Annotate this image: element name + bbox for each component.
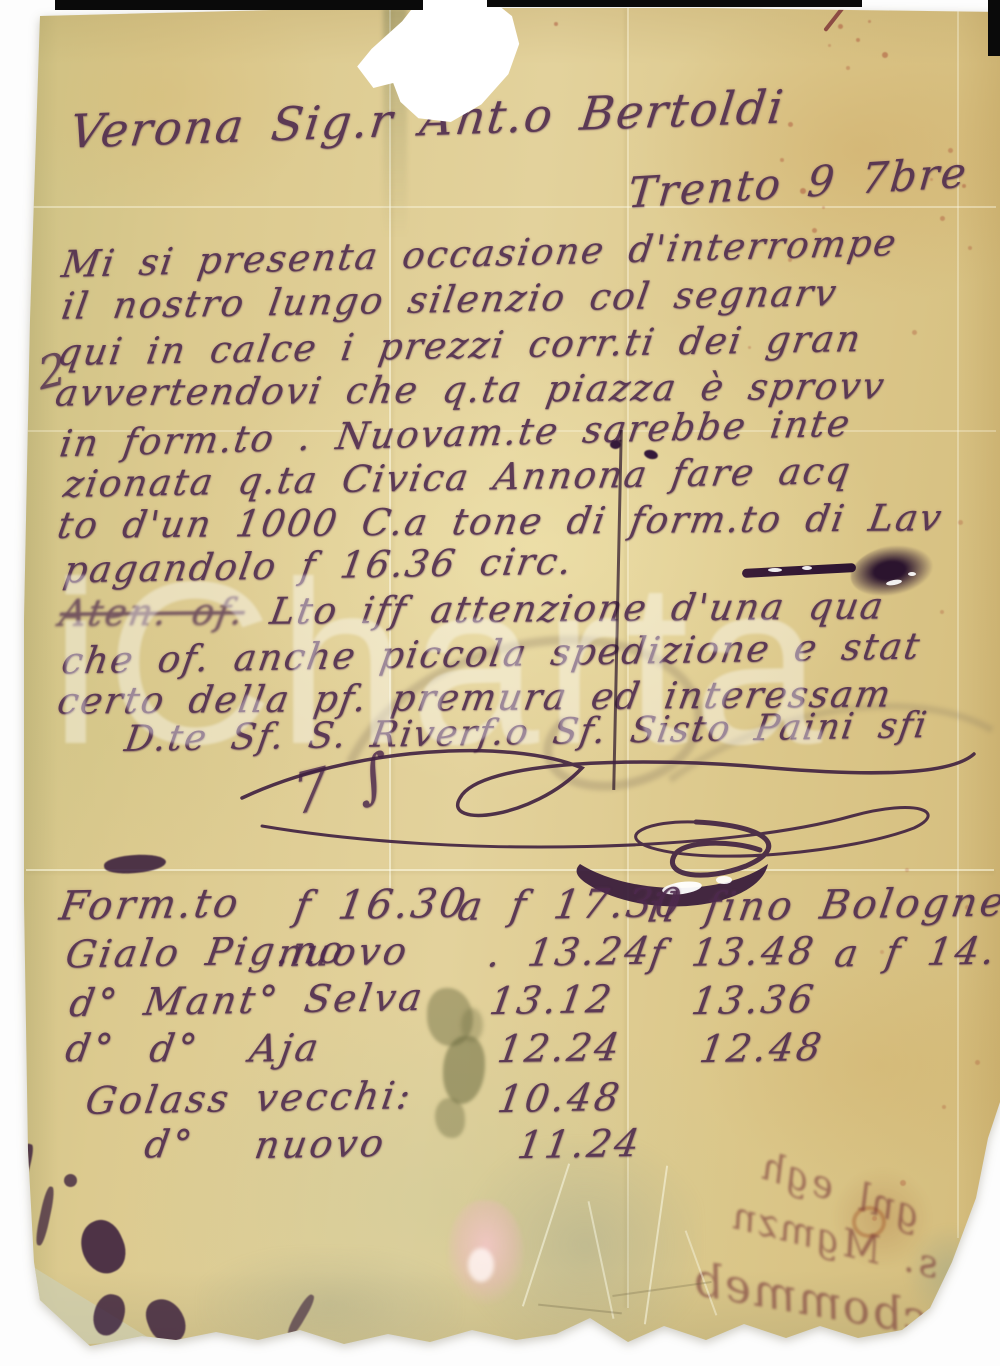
price-cell: nuovo — [252, 1121, 390, 1167]
foxing-dot — [788, 122, 793, 127]
scanner-strip-left — [55, 0, 423, 10]
price-cell: Form.to — [56, 880, 244, 929]
foxing-dot — [822, 206, 825, 209]
foxing-dot — [868, 20, 871, 23]
foxing-dot — [968, 246, 972, 250]
foxing-dot — [912, 330, 917, 335]
price-cell: 11.24 — [515, 1121, 646, 1167]
scanner-strip-corner — [988, 0, 1000, 56]
letter-scan: Verona Sig.r Ant.o Bertoldi Trento 9 7br… — [0, 0, 1000, 1366]
crumple-shading-2 — [200, 1250, 460, 1360]
foxing-dot — [900, 1180, 906, 1186]
dateline: Trento 9 7bre — [626, 147, 970, 217]
foxing-dot — [942, 1105, 946, 1109]
price-cell: f 13.48 — [647, 928, 820, 975]
price-cell: il fino Bolognese — [644, 878, 1000, 931]
price-cell: d° — [142, 1122, 198, 1167]
foxing-dot — [940, 216, 945, 221]
foxing-dot — [975, 1060, 980, 1065]
foxing-dot — [856, 38, 860, 42]
foxing-dot — [882, 52, 888, 58]
foxing-dot — [554, 22, 558, 26]
scanner-strip-right — [487, 0, 862, 7]
foxing-dot — [958, 520, 963, 525]
price-cell: 10.48 — [495, 1075, 626, 1121]
price-cell: Aja — [247, 1025, 325, 1070]
price-cell: 13.12 — [487, 977, 618, 1023]
foxing-dot — [828, 44, 831, 47]
price-cell: a f 14. — [832, 929, 1000, 976]
wax-seal-highlight — [468, 1248, 494, 1282]
price-cell: 12.48 — [697, 1025, 828, 1071]
fold-crease-horizontal-1 — [28, 206, 996, 208]
price-cell: d° — [63, 1026, 119, 1071]
price-cell: . 13.24 — [485, 929, 656, 976]
foxing-dot — [940, 610, 944, 614]
ink-smudge — [103, 852, 166, 875]
price-cell: nuovo — [275, 929, 413, 975]
price-cell: d° — [147, 1026, 203, 1071]
paper-sheet: Verona Sig.r Ant.o Bertoldi Trento 9 7br… — [0, 0, 1000, 1366]
price-cell: 13.36 — [689, 977, 820, 1023]
foxing-dot — [838, 24, 843, 29]
foxing-dot — [846, 66, 850, 70]
price-cell: Golass vecchi: — [83, 1073, 417, 1123]
price-cell: d° Mant° Selva — [67, 975, 429, 1025]
folded-corner — [30, 1258, 155, 1346]
price-cell: 12.24 — [495, 1025, 626, 1071]
paper-sheet-wrap: Verona Sig.r Ant.o Bertoldi Trento 9 7br… — [0, 0, 1000, 1366]
icharta-watermark: iCharta — [50, 548, 826, 780]
rust-stain-ring-2 — [978, 1268, 1000, 1298]
price-cell: f 16.30 — [291, 880, 471, 929]
